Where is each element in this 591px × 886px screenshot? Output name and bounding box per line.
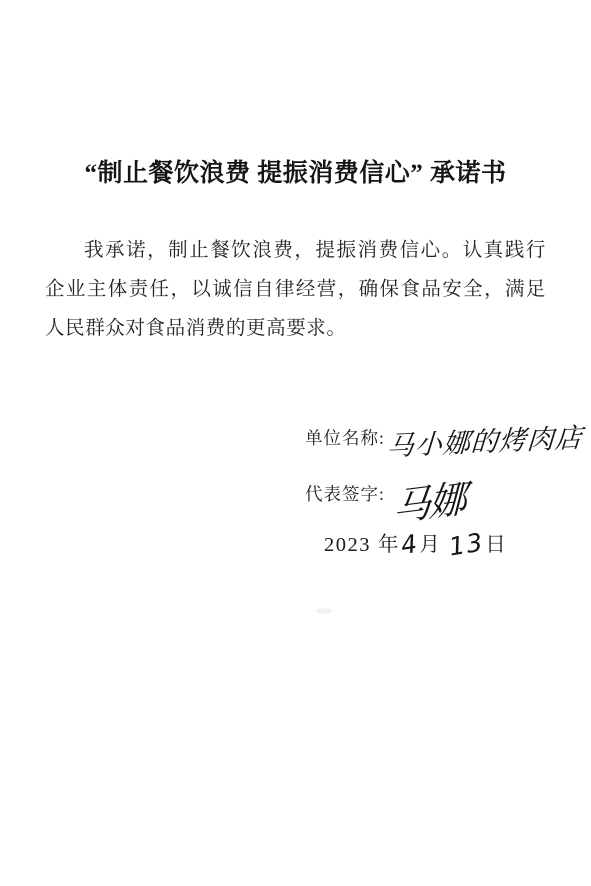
unit-name-handwriting: 马小娜的烤肉店 xyxy=(386,416,584,464)
representative-signature-handwriting: 马娜 xyxy=(393,467,465,531)
date-year: 2023 xyxy=(324,534,371,556)
paper-smudge xyxy=(316,608,332,614)
unit-name-label: 单位名称: xyxy=(305,428,385,448)
unit-name-row: 单位名称:马小娜的烤肉店 xyxy=(305,420,583,459)
commitment-letter-page: “制止餐饮浪费 提振消费信心” 承诺书 我承诺，制止餐饮浪费，提振消费信心。认真… xyxy=(0,0,591,886)
date-month-suffix: 月 xyxy=(419,534,441,556)
date-day-suffix: 日 xyxy=(485,534,507,556)
date-year-suffix: 年 xyxy=(378,534,400,556)
date-line: 2023年4月13日 xyxy=(324,527,507,559)
date-month-handwriting: 4 xyxy=(399,529,421,560)
representative-row: 代表签字:马娜 xyxy=(305,472,465,527)
document-title: “制止餐饮浪费 提振消费信心” 承诺书 xyxy=(0,153,591,189)
body-paragraph: 我承诺，制止餐饮浪费，提振消费信心。认真践行企业主体责任，以诚信自律经营，确保食… xyxy=(45,231,546,348)
date-day-handwriting: 13 xyxy=(447,527,486,561)
representative-label: 代表签字: xyxy=(305,484,385,504)
